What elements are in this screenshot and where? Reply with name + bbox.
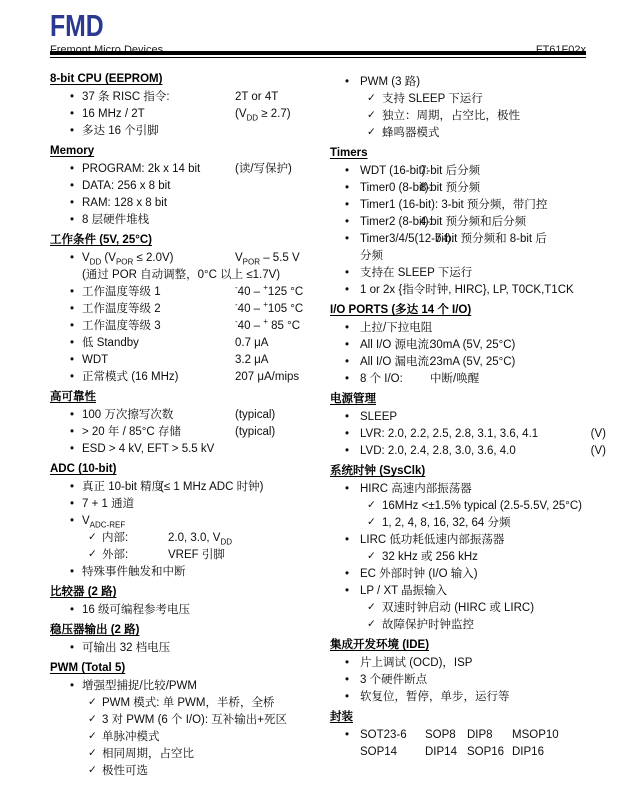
item-value: -40 – +125 °C (235, 284, 303, 301)
item-value: 30mA (5V, 25°C) (430, 337, 515, 354)
item-label: 工作温度等级 3 (82, 320, 161, 332)
column-left: 8-bit CPU (EEPROM)•37 条 RISC 指令:2T or 4T… (50, 68, 322, 780)
bullet-icon: • (70, 106, 74, 123)
section: 集成开发环境 (IDE)•片上调试 (OCD)，ISP•3 个硬件断点•软复位，… (330, 637, 616, 706)
bullet-icon: • (345, 231, 349, 248)
bullet-icon: • (70, 496, 74, 513)
item-value: 2T or 4T (235, 89, 278, 106)
bullet-icon: • (345, 214, 349, 231)
feature-item: •Timer1 (16-bit): 3-bit 预分频，带门控 (330, 197, 616, 214)
item-value: (typical) (235, 424, 275, 441)
section: 封装•SOT23-6SOP8DIP8MSOP10SOP14DIP14SOP16D… (330, 709, 616, 761)
feature-item: •片上调试 (OCD)，ISP (330, 655, 616, 672)
header-rule-thick (50, 51, 586, 55)
feature-item: •低 Standby0.7 μA (50, 335, 322, 352)
check-icon: ✓ (367, 124, 376, 141)
feature-item: •支持在 SLEEP 下运行 (330, 265, 616, 282)
bullet-icon: • (345, 655, 349, 672)
item-value: 3.2 μA (235, 352, 268, 369)
feature-item: •VDD (VPOR ≤ 2.0V)VPOR – 5.5 V (50, 250, 322, 267)
bullet-icon: • (345, 354, 349, 371)
item-label: 3 对 PWM (6 个 I/O): 互补输出+死区 (102, 714, 287, 726)
feature-continuation: (通过 POR 自动调整，0°C 以上 ≤1.7V) (50, 267, 322, 284)
feature-item: •All I/O 源电流:30mA (5V, 25°C) (330, 337, 616, 354)
section-heading: 稳压器输出 (2 路) (50, 622, 322, 639)
feature-item: •WDT3.2 μA (50, 352, 322, 369)
bullet-icon: • (70, 564, 74, 581)
item-label: 8 层硬件堆栈 (82, 214, 149, 226)
item-label: 双速时钟启动 (HIRC 或 LIRC) (382, 602, 534, 614)
section: 稳压器输出 (2 路)•可输出 32 档电压 (50, 622, 322, 657)
item-label: 7 + 1 通道 (82, 498, 134, 510)
feature-subitem: ✓外部:VREF 引脚 (50, 547, 322, 564)
feature-item: •SLEEP (330, 409, 616, 426)
check-icon: ✓ (367, 497, 376, 514)
section-heading: 系统时钟 (SysClk) (330, 463, 616, 480)
feature-continuation: 分频 (330, 248, 616, 265)
feature-item: •DATA: 256 x 8 bit (50, 178, 322, 195)
check-icon: ✓ (88, 762, 97, 779)
section-heading: 高可靠性 (50, 389, 322, 406)
feature-item: •多达 16 个引脚 (50, 123, 322, 140)
bullet-icon: • (70, 407, 74, 424)
feature-item: •RAM: 128 x 8 bit (50, 195, 322, 212)
bullet-icon: • (345, 197, 349, 214)
bullet-icon: • (345, 409, 349, 426)
feature-subitem: ✓PWM 模式: 单 PWM，半桥，全桥 (50, 695, 322, 712)
section-heading: I/O PORTS (多达 14 个 I/O) (330, 302, 616, 319)
feature-item: •EC 外部时钟 (I/O 输入) (330, 566, 616, 583)
bullet-icon: • (345, 74, 349, 91)
bullet-icon: • (345, 689, 349, 706)
item-value: -40 – +105 °C (235, 301, 303, 318)
bullet-icon: • (70, 678, 74, 695)
bullet-icon: • (70, 640, 74, 657)
bullet-icon: • (345, 481, 349, 498)
feature-item: •PROGRAM: 2k x 14 bit(读/写保护) (50, 161, 322, 178)
check-icon: ✓ (367, 548, 376, 565)
bullet-icon: • (345, 371, 349, 388)
feature-item: •ESD > 4 kV, EFT > 5.5 kV (50, 441, 322, 458)
item-label: 1 or 2x {指令时钟, HIRC}, LP, T0CK,T1CK (360, 284, 574, 296)
bullet-icon: • (345, 583, 349, 600)
feature-item: •工作温度等级 1-40 – +125 °C (50, 284, 322, 301)
item-label: SLEEP (360, 411, 397, 423)
item-label: 32 kHz 或 256 kHz (382, 551, 478, 563)
bullet-icon: • (345, 282, 349, 299)
bullet-icon: • (70, 89, 74, 106)
check-icon: ✓ (88, 745, 97, 762)
section-heading: 封装 (330, 709, 616, 726)
feature-item: •16 MHz / 2T(VDD ≥ 2.7) (50, 106, 322, 123)
feature-subitem: ✓支持 SLEEP 下运行 (330, 91, 616, 108)
feature-item: •VADC-REF (50, 513, 322, 530)
item-label: 相同周期，占空比 (102, 748, 194, 760)
header: FMD Fremont Micro Devices FT61F02x (50, 8, 586, 68)
item-label: VDD (VPOR ≤ 2.0V) (82, 252, 173, 264)
section: 8-bit CPU (EEPROM)•37 条 RISC 指令:2T or 4T… (50, 71, 322, 140)
item-label: 多达 16 个引脚 (82, 125, 159, 137)
bullet-icon: • (70, 284, 74, 301)
bullet-icon: • (70, 301, 74, 318)
item-value: 8-bit 预分频 (420, 180, 480, 197)
item-label: 正常模式 (16 MHz) (82, 371, 178, 383)
item-label: 37 条 RISC 指令: (82, 91, 170, 103)
item-label: HIRC 高速内部振荡器 (360, 483, 472, 495)
section-heading: 8-bit CPU (EEPROM) (50, 71, 322, 88)
feature-subitem: ✓极性可选 (50, 763, 322, 780)
item-label: 可输出 32 档电压 (82, 642, 170, 654)
feature-subitem: ✓独立：周期，占空比，极性 (330, 108, 616, 125)
item-value: (≤ 1 MHz ADC 时钟) (160, 479, 263, 496)
section: 工作条件 (5V, 25°C)•VDD (VPOR ≤ 2.0V)VPOR – … (50, 232, 322, 386)
item-label: LP / XT 晶振输入 (360, 585, 447, 597)
feature-subitem: ✓蜂鸣器模式 (330, 125, 616, 142)
item-label: 16MHz <±1.5% typical (2.5-5.5V, 25°C) (382, 500, 582, 512)
bullet-icon: • (345, 320, 349, 337)
item-label: WDT (82, 354, 108, 366)
feature-item: •特殊事件触发和中断 (50, 564, 322, 581)
item-value: 7-bit 预分频和 8-bit 后 (435, 231, 547, 248)
item-label: 独立：周期，占空比，极性 (382, 110, 520, 122)
item-label: 外部: (102, 549, 128, 561)
item-label: > 20 年 / 85°C 存储 (82, 426, 181, 438)
item-label: 片上调试 (OCD)，ISP (360, 657, 472, 669)
section-heading: PWM (Total 5) (50, 660, 322, 677)
datasheet-page: FMD Fremont Micro Devices FT61F02x 8-bit… (0, 0, 636, 810)
item-label: 单脉冲模式 (102, 731, 160, 743)
section: Memory•PROGRAM: 2k x 14 bit(读/写保护)•DATA:… (50, 143, 322, 229)
item-value: (V) (591, 443, 606, 460)
item-label: 蜂鸣器模式 (382, 127, 440, 139)
feature-item: •PWM (3 路) (330, 74, 616, 91)
package-row: •SOT23-6SOP8DIP8MSOP10 (330, 727, 616, 744)
bullet-icon: • (70, 318, 74, 335)
check-icon: ✓ (88, 694, 97, 711)
bullet-icon: • (70, 335, 74, 352)
item-label: LVR: 2.0, 2.2, 2.5, 2.8, 3.1, 3.6, 4.1 (360, 428, 538, 440)
item-label: 3 个硬件断点 (360, 674, 427, 686)
section-heading: Memory (50, 143, 322, 160)
item-label: Timer1 (16-bit): 3-bit 预分频，带门控 (360, 199, 547, 211)
bullet-icon: • (70, 178, 74, 195)
item-label: PWM 模式: 单 PWM，半桥，全桥 (102, 697, 275, 709)
section: Timers•WDT (16-bit):7-bit 后分频•Timer0 (8-… (330, 145, 616, 299)
feature-item: •LP / XT 晶振输入 (330, 583, 616, 600)
item-value: (V) (591, 426, 606, 443)
bullet-icon: • (345, 672, 349, 689)
item-label: 1, 2, 4, 8, 16, 32, 64 分频 (382, 517, 511, 529)
feature-item: •WDT (16-bit):7-bit 后分频 (330, 163, 616, 180)
item-label: WDT (16-bit): (360, 165, 429, 177)
package-name: SOT23-6 (360, 727, 425, 744)
item-value: (读/写保护) (235, 161, 292, 178)
item-label: (通过 POR 自动调整，0°C 以上 ≤1.7V) (82, 269, 280, 281)
package-name: DIP8 (467, 727, 512, 744)
bullet-icon: • (70, 513, 74, 530)
section: ADC (10-bit)•真正 10-bit 精度(≤ 1 MHz ADC 时钟… (50, 461, 322, 581)
feature-subitem: ✓双速时钟启动 (HIRC 或 LIRC) (330, 600, 616, 617)
section-heading: Timers (330, 145, 616, 162)
feature-item: •> 20 年 / 85°C 存储(typical) (50, 424, 322, 441)
check-icon: ✓ (367, 90, 376, 107)
feature-item: •3 个硬件断点 (330, 672, 616, 689)
feature-subitem: ✓1, 2, 4, 8, 16, 32, 64 分频 (330, 515, 616, 532)
feature-subitem: ✓32 kHz 或 256 kHz (330, 549, 616, 566)
item-label: All I/O 源电流: (360, 339, 432, 351)
check-icon: ✓ (367, 599, 376, 616)
section-heading: 电源管理 (330, 391, 616, 408)
section: •PWM (3 路)✓支持 SLEEP 下运行✓独立：周期，占空比，极性✓蜂鸣器… (330, 74, 616, 142)
item-label: 软复位，暂停，单步，运行等 (360, 691, 510, 703)
item-label: 上拉/下拉电阻 (360, 322, 432, 334)
section: PWM (Total 5)•增强型捕捉/比较/PWM✓PWM 模式: 单 PWM… (50, 660, 322, 780)
item-value: 207 μA/mips (235, 369, 299, 386)
feature-item: •1 or 2x {指令时钟, HIRC}, LP, T0CK,T1CK (330, 282, 616, 299)
item-label: 8 个 I/O: (360, 373, 403, 385)
feature-item: •工作温度等级 2-40 – +105 °C (50, 301, 322, 318)
item-label: EC 外部时钟 (I/O 输入) (360, 568, 478, 580)
feature-item: •8 层硬件堆栈 (50, 212, 322, 229)
bullet-icon: • (70, 479, 74, 496)
feature-subitem: ✓故障保护时钟监控 (330, 617, 616, 634)
item-label: LVD: 2.0, 2.4, 2.8, 3.0, 3.6, 4.0 (360, 445, 516, 457)
feature-subitem: ✓3 对 PWM (6 个 I/O): 互补输出+死区 (50, 712, 322, 729)
bullet-icon: • (345, 426, 349, 443)
bullet-icon: • (345, 532, 349, 549)
feature-item: •37 条 RISC 指令:2T or 4T (50, 89, 322, 106)
item-label: VADC-REF (82, 515, 125, 527)
feature-item: •可输出 32 档电压 (50, 640, 322, 657)
item-value: (VDD ≥ 2.7) (235, 106, 291, 123)
bullet-icon: • (70, 123, 74, 140)
feature-item: •LIRC 低功耗低速内部振荡器 (330, 532, 616, 549)
section: 电源管理•SLEEP•LVR: 2.0, 2.2, 2.5, 2.8, 3.1,… (330, 391, 616, 460)
bullet-icon: • (70, 250, 74, 267)
feature-item: •HIRC 高速内部振荡器 (330, 481, 616, 498)
feature-item: •Timer2 (8-bit):4-bit 预分频和后分频 (330, 214, 616, 231)
feature-item: •All I/O 漏电流:23mA (5V, 25°C) (330, 354, 616, 371)
feature-item: •LVD: 2.0, 2.4, 2.8, 3.0, 3.6, 4.0(V) (330, 443, 616, 460)
item-label: 增强型捕捉/比较/PWM (82, 680, 197, 692)
section-heading: 集成开发环境 (IDE) (330, 637, 616, 654)
bullet-icon: • (70, 195, 74, 212)
check-icon: ✓ (88, 546, 97, 563)
bullet-icon: • (345, 265, 349, 282)
feature-item: •LVR: 2.0, 2.2, 2.5, 2.8, 3.1, 3.6, 4.1(… (330, 426, 616, 443)
feature-item: •工作温度等级 3-40 – + 85 °C (50, 318, 322, 335)
item-label: 内部: (102, 532, 128, 544)
item-label: 支持在 SLEEP 下运行 (360, 267, 472, 279)
item-label: 支持 SLEEP 下运行 (382, 93, 483, 105)
header-rule-thin (50, 57, 586, 58)
item-label: LIRC 低功耗低速内部振荡器 (360, 534, 504, 546)
item-value: VPOR – 5.5 V (235, 250, 300, 267)
package-name: SOP8 (425, 727, 467, 744)
check-icon: ✓ (88, 711, 97, 728)
bullet-icon: • (345, 180, 349, 197)
item-label: 极性可选 (102, 765, 148, 777)
section: 高可靠性•100 万次擦写次数(typical)•> 20 年 / 85°C 存… (50, 389, 322, 458)
item-label: 特殊事件触发和中断 (82, 566, 186, 578)
bullet-icon: • (345, 727, 349, 744)
bullet-icon: • (70, 161, 74, 178)
bullet-icon: • (345, 566, 349, 583)
package-row: SOP14DIP14SOP16DIP16 (330, 744, 616, 761)
package-name: SOP16 (467, 744, 512, 761)
feature-item: •上拉/下拉电阻 (330, 320, 616, 337)
item-label: PWM (3 路) (360, 76, 420, 88)
package-name: SOP14 (360, 744, 425, 761)
feature-subitem: ✓16MHz <±1.5% typical (2.5-5.5V, 25°C) (330, 498, 616, 515)
package-name: DIP16 (512, 744, 544, 761)
bullet-icon: • (70, 212, 74, 229)
feature-item: •Timer0 (8-bit):8-bit 预分频 (330, 180, 616, 197)
item-label: RAM: 128 x 8 bit (82, 197, 167, 209)
bullet-icon: • (345, 337, 349, 354)
fmd-logo: FMD (50, 10, 104, 41)
feature-subitem: ✓单脉冲模式 (50, 729, 322, 746)
item-label: ESD > 4 kV, EFT > 5.5 kV (82, 443, 214, 455)
item-label: 100 万次擦写次数 (82, 409, 173, 421)
bullet-icon: • (70, 602, 74, 619)
item-label: 16 MHz / 2T (82, 108, 145, 120)
item-value: 0.7 μA (235, 335, 268, 352)
section-heading: 比较器 (2 路) (50, 584, 322, 601)
item-value: 2.0, 3.0, VDD (168, 530, 232, 547)
item-label: 低 Standby (82, 337, 139, 349)
item-value: 中断/唤醒 (430, 371, 479, 388)
feature-item: •正常模式 (16 MHz)207 μA/mips (50, 369, 322, 386)
bullet-icon: • (345, 443, 349, 460)
item-label: 真正 10-bit 精度 (82, 481, 163, 493)
item-label: 16 级可编程参考电压 (82, 604, 190, 616)
feature-item: •8 个 I/O:中断/唤醒 (330, 371, 616, 388)
check-icon: ✓ (367, 107, 376, 124)
feature-item: •Timer3/4/5(12-bit):7-bit 预分频和 8-bit 后 (330, 231, 616, 248)
feature-item: •增强型捕捉/比较/PWM (50, 678, 322, 695)
feature-item: •7 + 1 通道 (50, 496, 322, 513)
item-label: PROGRAM: 2k x 14 bit (82, 163, 200, 175)
item-value: (typical) (235, 407, 275, 424)
section: 比较器 (2 路)•16 级可编程参考电压 (50, 584, 322, 619)
section-heading: 工作条件 (5V, 25°C) (50, 232, 322, 249)
bullet-icon: • (70, 424, 74, 441)
item-value: 7-bit 后分频 (420, 163, 480, 180)
feature-subitem: ✓内部:2.0, 3.0, VDD (50, 530, 322, 547)
bullet-icon: • (70, 352, 74, 369)
section-heading: ADC (10-bit) (50, 461, 322, 478)
feature-item: •软复位，暂停，单步，运行等 (330, 689, 616, 706)
section: 系统时钟 (SysClk)•HIRC 高速内部振荡器✓16MHz <±1.5% … (330, 463, 616, 634)
check-icon: ✓ (88, 728, 97, 745)
item-value: VREF 引脚 (168, 547, 225, 564)
item-label: 工作温度等级 1 (82, 286, 161, 298)
check-icon: ✓ (367, 514, 376, 531)
package-name: DIP14 (425, 744, 467, 761)
section: I/O PORTS (多达 14 个 I/O)•上拉/下拉电阻•All I/O … (330, 302, 616, 388)
item-label: 工作温度等级 2 (82, 303, 161, 315)
item-label: 故障保护时钟监控 (382, 619, 474, 631)
feature-item: •100 万次擦写次数(typical) (50, 407, 322, 424)
feature-item: •真正 10-bit 精度(≤ 1 MHz ADC 时钟) (50, 479, 322, 496)
item-label: 分频 (360, 250, 383, 262)
item-value: 23mA (5V, 25°C) (430, 354, 515, 371)
bullet-icon: • (70, 441, 74, 458)
bullet-icon: • (70, 369, 74, 386)
item-label: DATA: 256 x 8 bit (82, 180, 170, 192)
check-icon: ✓ (88, 529, 97, 546)
package-name: MSOP10 (512, 727, 559, 744)
check-icon: ✓ (367, 616, 376, 633)
feature-subitem: ✓相同周期，占空比 (50, 746, 322, 763)
item-value: -40 – + 85 °C (235, 318, 300, 335)
item-label: All I/O 漏电流: (360, 356, 432, 368)
bullet-icon: • (345, 163, 349, 180)
column-right: •PWM (3 路)✓支持 SLEEP 下运行✓独立：周期，占空比，极性✓蜂鸣器… (330, 68, 616, 761)
item-value: 4-bit 预分频和后分频 (420, 214, 526, 231)
feature-item: •16 级可编程参考电压 (50, 602, 322, 619)
